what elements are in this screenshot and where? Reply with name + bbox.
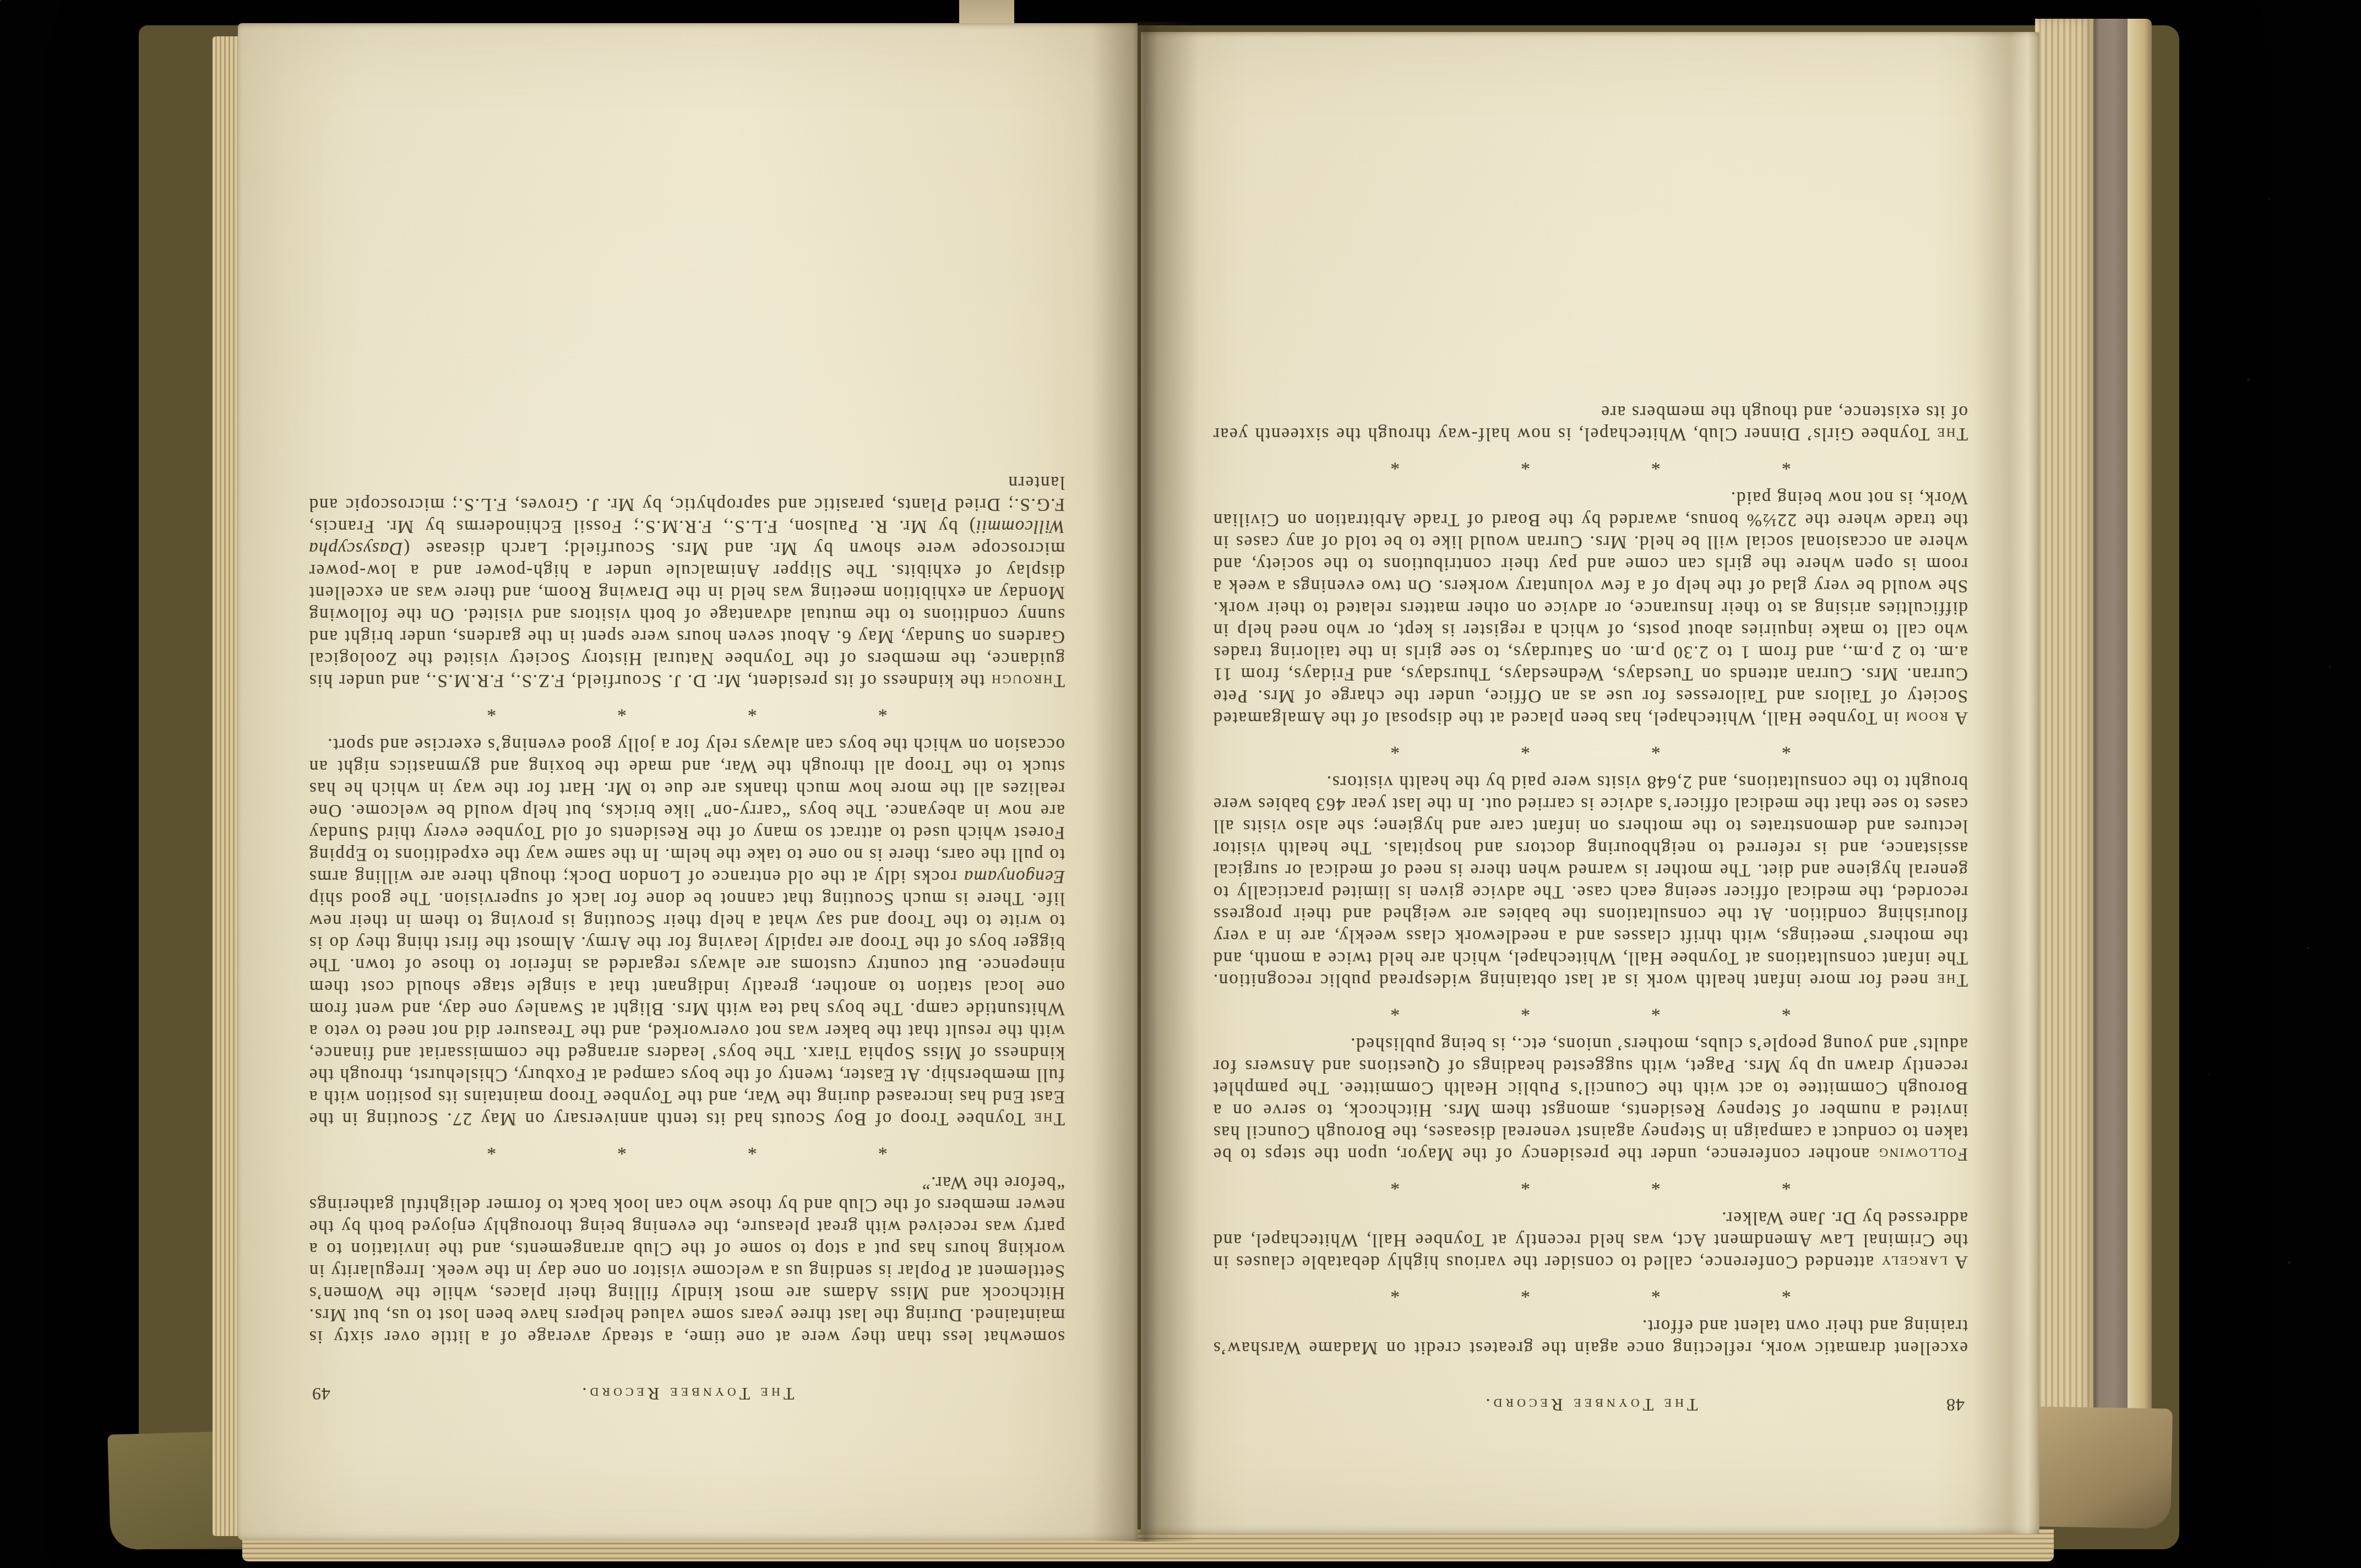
separator-star: * — [1781, 454, 1791, 476]
page-body: excellent dramatic work, reflecting once… — [1212, 401, 1968, 1359]
paragraph-lead: Through — [991, 671, 1065, 690]
separator-star: * — [1781, 1174, 1791, 1196]
running-head-title: The Toynbee Record. — [579, 1382, 795, 1406]
paragraph-lead: A room — [1905, 708, 1968, 728]
photo-background: The Toynbee Record. 49 somewhat less tha… — [0, 0, 2361, 1568]
book-page-49: The Toynbee Record. 49 somewhat less tha… — [238, 23, 1138, 1540]
section-separator: **** — [308, 700, 1065, 722]
running-head-title: The Toynbee Record. — [1483, 1393, 1698, 1417]
separator-star: * — [747, 1139, 757, 1161]
separator-star: * — [1781, 738, 1791, 760]
separator-star: * — [1389, 1174, 1400, 1196]
paragraph-continuation: somewhat less than they were at one time… — [308, 1172, 1065, 1348]
page-number: 48 — [1946, 1393, 1965, 1417]
separator-star: * — [1389, 454, 1400, 476]
paragraph-lead: Following — [1878, 1144, 1968, 1164]
paragraph: The Toynbee Girls’ Dinner Club, Whitecha… — [1212, 401, 1968, 445]
paragraph-continuation: excellent dramatic work, reflecting once… — [1212, 1315, 1968, 1359]
paragraph-lead: A largely — [1880, 1252, 1968, 1272]
separator-star: * — [1389, 738, 1400, 760]
page-number: 49 — [312, 1382, 330, 1406]
section-separator: **** — [1212, 1282, 1968, 1304]
section-separator: **** — [1212, 1174, 1968, 1196]
separator-star: * — [1389, 1282, 1400, 1304]
separator-star: * — [1650, 454, 1661, 476]
paragraph-lead: The — [1936, 424, 1968, 444]
separator-star: * — [486, 700, 496, 722]
fore-edge-page-stack — [2035, 19, 2093, 1445]
section-separator: **** — [308, 1139, 1065, 1161]
separator-star: * — [1520, 738, 1530, 760]
paragraph-lead: The — [1936, 970, 1968, 990]
paragraph: The Toynbee Troop of Boy Scouts had its … — [308, 733, 1065, 1130]
fore-edge-outer-leaf — [2128, 19, 2152, 1445]
page-48-sheet: 48 The Toynbee Record. excellent dramati… — [1141, 32, 2039, 1534]
separator-star: * — [1650, 738, 1661, 760]
separator-star: * — [616, 700, 627, 722]
book-page-48: 48 The Toynbee Record. excellent dramati… — [1141, 32, 2039, 1534]
paragraph-lead: The — [1033, 1109, 1065, 1129]
separator-star: * — [877, 700, 888, 722]
running-head: The Toynbee Record. 49 — [308, 1382, 1065, 1406]
dust-specks — [0, 0, 2, 2]
paragraph: The need for more infant health work is … — [1212, 771, 1968, 991]
separator-star: * — [1781, 1000, 1791, 1022]
separator-star: * — [1520, 1282, 1530, 1304]
page-49-sheet: The Toynbee Record. 49 somewhat less tha… — [238, 23, 1138, 1540]
left-page-edge-stack — [213, 36, 240, 1536]
separator-star: * — [486, 1139, 496, 1161]
separator-star: * — [1520, 1000, 1530, 1022]
separator-star: * — [1650, 1174, 1661, 1196]
paragraph: Following another conference, under the … — [1212, 1033, 1968, 1165]
running-head: 48 The Toynbee Record. — [1212, 1393, 1968, 1417]
separator-star: * — [1520, 454, 1530, 476]
section-separator: **** — [1212, 454, 1968, 476]
separator-star: * — [1781, 1282, 1791, 1304]
separator-star: * — [1650, 1282, 1661, 1304]
fore-edge-endpaper — [2093, 19, 2128, 1445]
separator-star: * — [616, 1139, 627, 1161]
separator-star: * — [1650, 1000, 1661, 1022]
page-body: somewhat less than they were at one time… — [308, 471, 1065, 1348]
paragraph: Through the kindness of its president, M… — [308, 471, 1065, 692]
separator-star: * — [747, 700, 757, 722]
separator-star: * — [1520, 1174, 1530, 1196]
section-separator: **** — [1212, 738, 1968, 760]
separator-star: * — [877, 1139, 888, 1161]
section-separator: **** — [1212, 1000, 1968, 1022]
paragraph: A largely attended Conference, called to… — [1212, 1207, 1968, 1273]
paragraph: A room in Toynbee Hall, Whitechapel, has… — [1212, 487, 1968, 729]
separator-star: * — [1389, 1000, 1400, 1022]
